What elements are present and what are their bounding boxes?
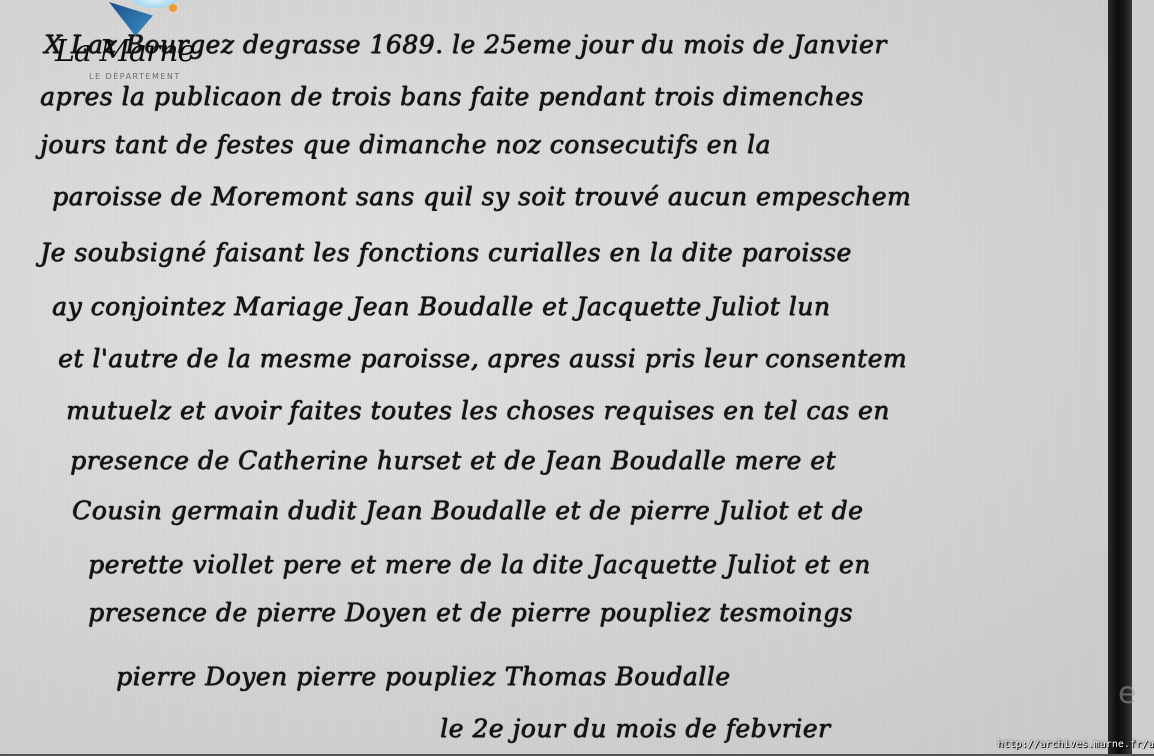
facing-page-edge (1132, 0, 1154, 756)
manuscript-line: perette viollet pere et mere de la dite … (88, 550, 871, 579)
manuscript-line: le 2e jour du mois de febvrier (440, 714, 830, 743)
manuscript-line: paroisse de Moremont sans quil sy soit t… (52, 182, 911, 211)
manuscript-line: Je soubsigné faisant les fonctions curia… (40, 238, 852, 267)
signatures-line: pierre Doyen pierre poupliez Thomas Boud… (116, 662, 730, 691)
document-viewer: X Laz Bourgez degrasse 1689. le 25eme jo… (0, 0, 1154, 756)
manuscript-line: jours tant de festes que dimanche noz co… (40, 130, 771, 159)
manuscript-line: ay conjointez Mariage Jean Boudalle et J… (52, 292, 830, 321)
watermark-e-icon: e (1118, 676, 1136, 711)
logo-dot-icon (169, 4, 177, 12)
page-binding-gutter (1108, 0, 1132, 756)
scanned-manuscript-page: X Laz Bourgez degrasse 1689. le 25eme jo… (0, 0, 1154, 756)
manuscript-line: mutuelz et avoir faites toutes les chose… (66, 396, 890, 425)
la-marne-logo: La Marne LE DÉPARTEMENT (55, 0, 195, 90)
manuscript-line: et l'autre de la mesme paroisse, apres a… (58, 344, 907, 373)
logo-brand-text: La Marne (55, 34, 194, 69)
source-url: http://archives.marne.fr/a (997, 739, 1154, 750)
manuscript-line: Cousin germain dudit Jean Boudalle et de… (72, 496, 863, 525)
logo-subtitle: LE DÉPARTEMENT (89, 72, 181, 81)
manuscript-line: presence de Catherine hurset et de Jean … (70, 446, 836, 475)
manuscript-line: presence de pierre Doyen et de pierre po… (88, 598, 853, 627)
